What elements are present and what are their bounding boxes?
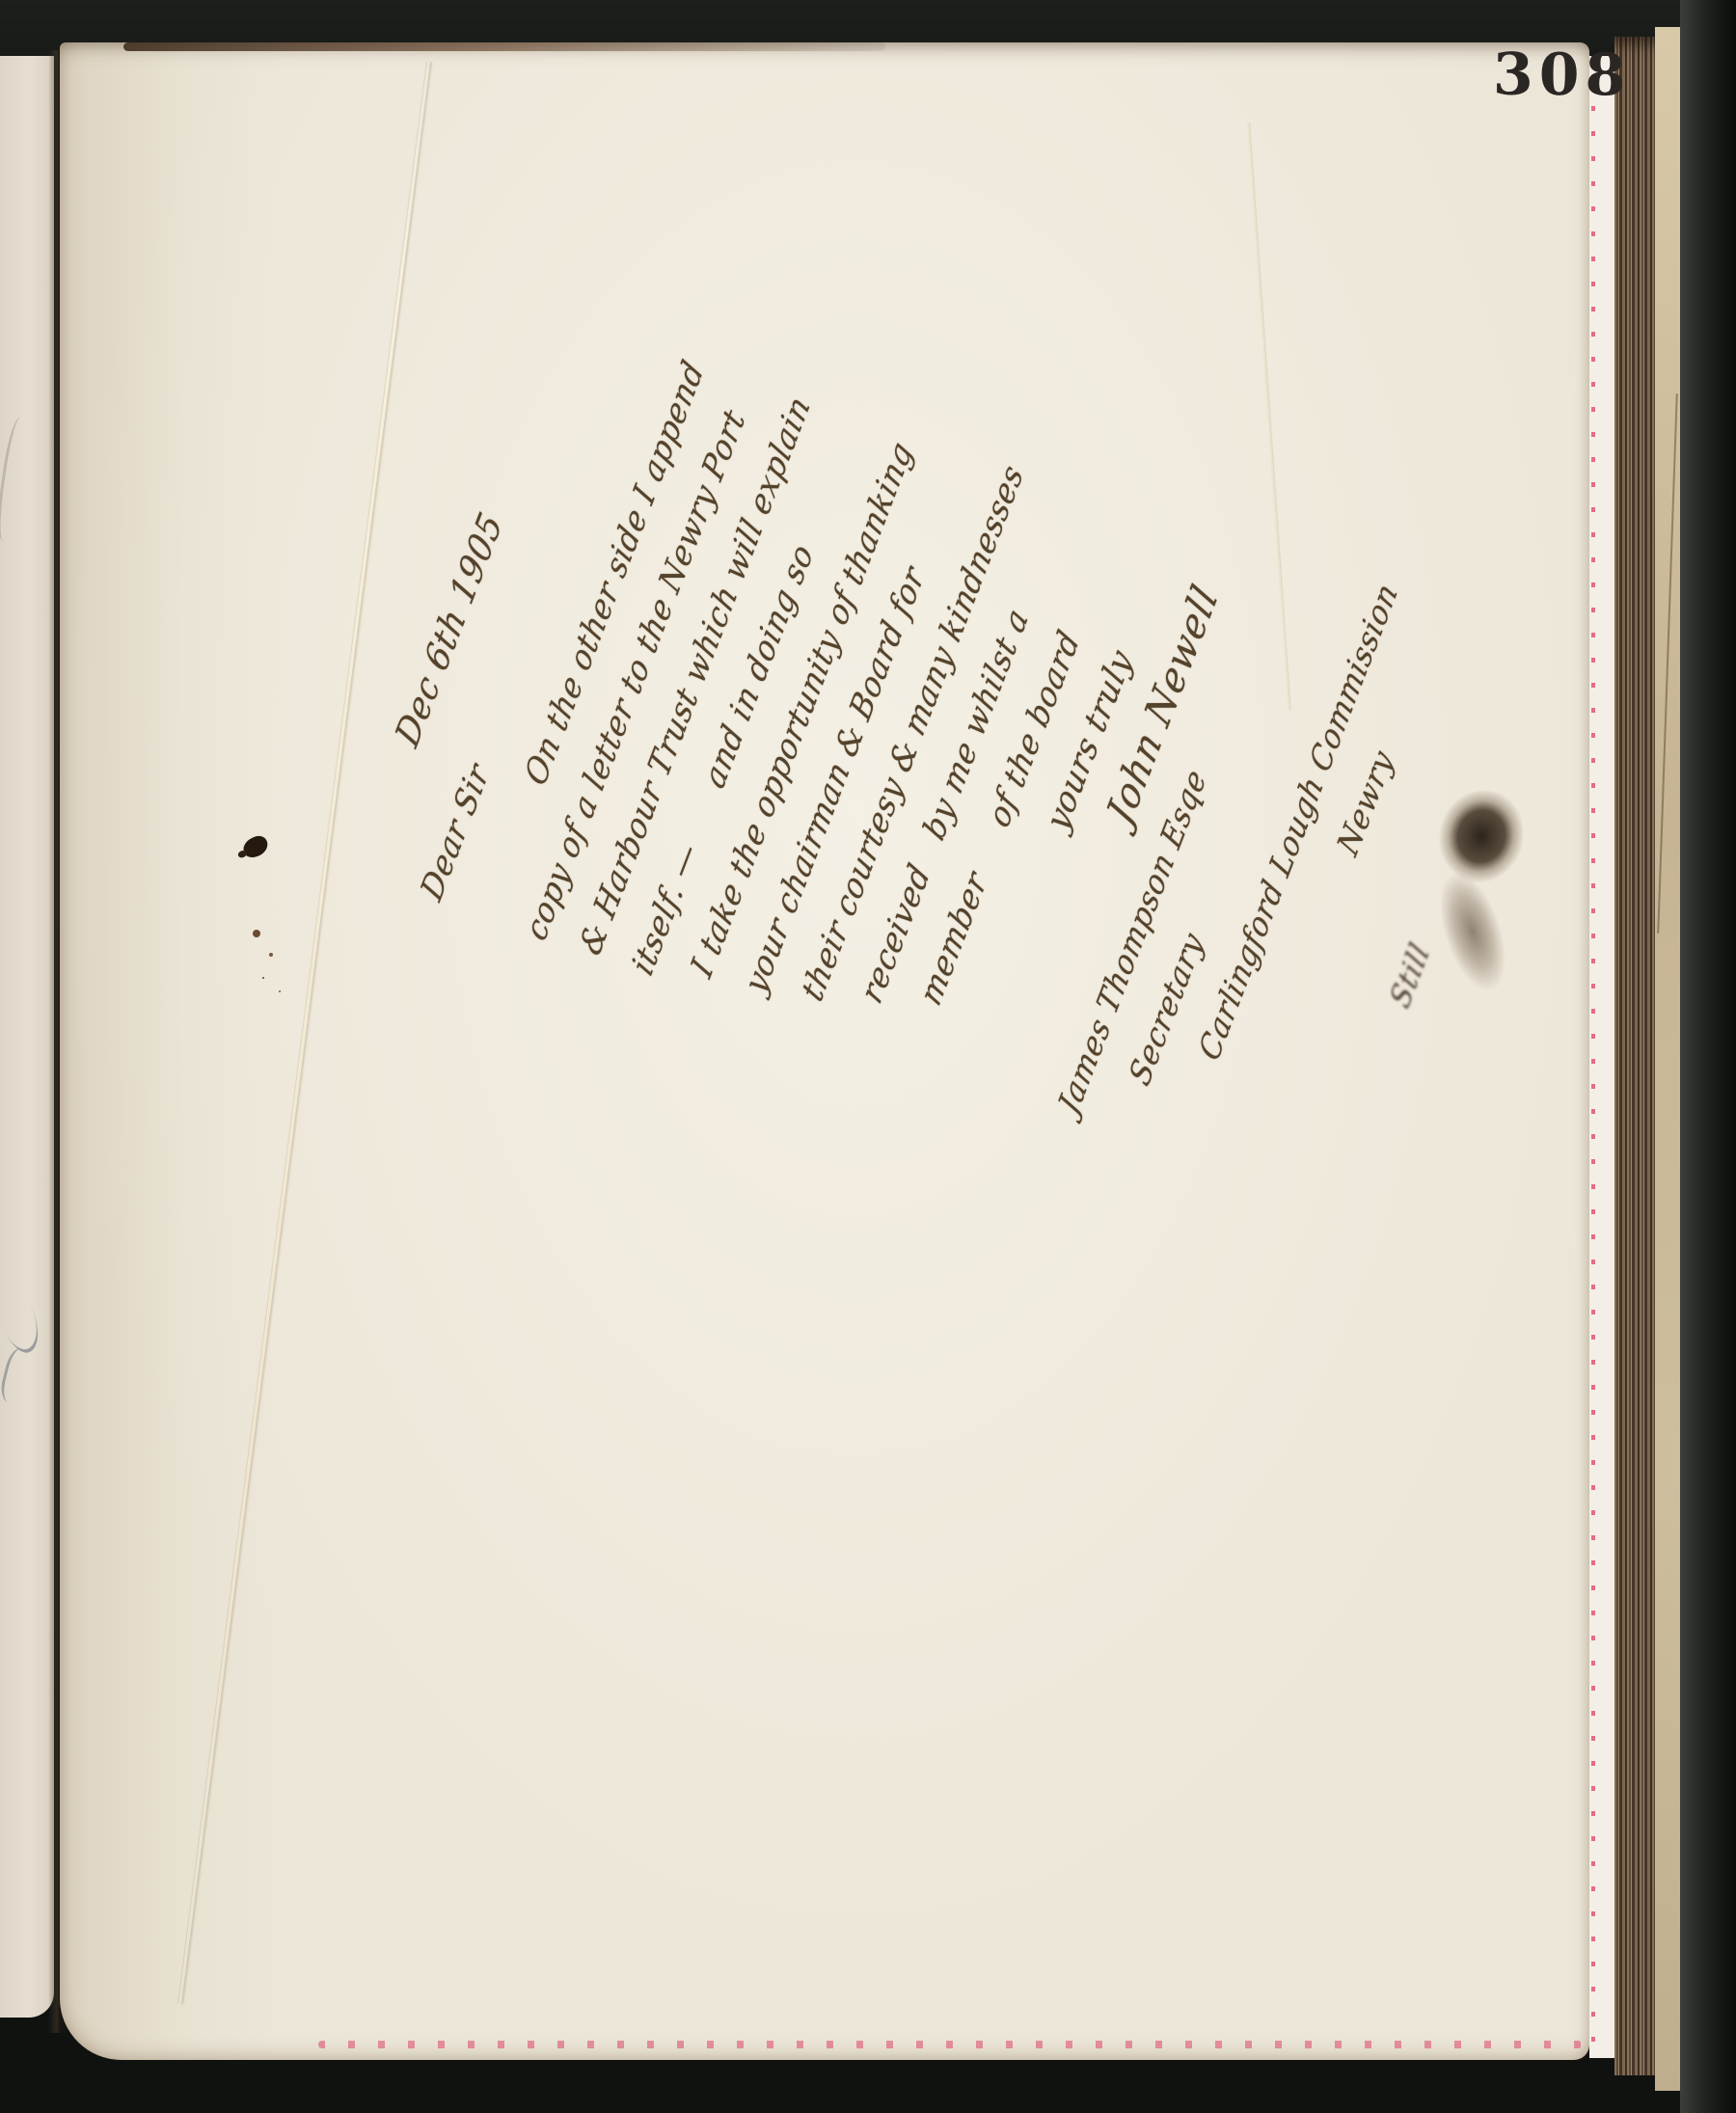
red-edge-speckles: [1591, 56, 1595, 2058]
page-edge-stack: [1614, 37, 1655, 2075]
previous-page-sliver: [0, 56, 54, 2018]
book-cover-edge: [1680, 0, 1736, 2113]
ink-speck-cluster: [253, 930, 260, 937]
page-top-edge-shadow: [123, 42, 885, 51]
page-number-stamp: 308: [1493, 46, 1632, 105]
bottom-red-edge-speckles: [318, 2041, 1582, 2048]
book-scan: 308 Dec 6th 1905 Dear Sir On the other s…: [0, 0, 1736, 2113]
facing-page-edge: [1589, 56, 1614, 2058]
edge-crack-line: [1657, 393, 1678, 934]
page-edge-parchment-strip: [1655, 27, 1680, 2091]
